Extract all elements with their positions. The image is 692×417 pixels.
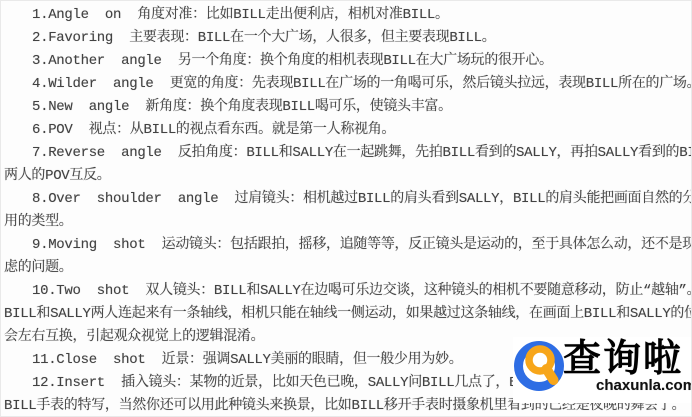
text-line: 6.POV 视点：从BILL的视点看东西。就是第一人称视角。 (4, 119, 690, 142)
notes-document: 1.Angle on 角度对准：比如BILL走出便利店，相机对准BILL。2.F… (0, 0, 692, 417)
text-line: 1.Angle on 角度对准：比如BILL走出便利店，相机对准BILL。 (4, 4, 690, 27)
text-line: 5.New angle 新角度：换个角度表现BILL喝可乐，使镜头丰富。 (4, 96, 690, 119)
text-line: 2.Favoring 主要表现：BILL在一个大广场，人很多，但主要表现BILL… (4, 27, 690, 50)
chaxunla-watermark: 查询啦 chaxunla.com (513, 337, 692, 403)
text-line: 8.Over shoulder angle 过肩镜头：相机越过BILL的肩头看到… (4, 188, 690, 211)
brand-domain: chaxunla.com (563, 378, 692, 394)
text-line: BILL和SALLY两人连起来有一条轴线，相机只能在轴线一侧运动，如果越过这条轴… (4, 303, 690, 326)
magnifier-logo-icon (513, 339, 565, 391)
text-line: 4.Wilder angle 更宽的角度：先表现BILL在广场的一角喝可乐，然后… (4, 73, 690, 96)
text-line: 10.Two shot 双人镜头：BILL和SALLY在边喝可乐边交谈，这种镜头… (4, 280, 690, 303)
text-line: 两人的POV互反。 (4, 165, 690, 188)
watermark-text: 查询啦 chaxunla.com (563, 337, 692, 394)
text-line: 虑的问题。 (4, 257, 690, 280)
text-line: 3.Another angle 另一个角度：换个角度的相机表现BILL在大广场玩… (4, 50, 690, 73)
brand-name: 查询啦 (563, 337, 692, 381)
text-line: 9.Moving shot 运动镜头：包括跟拍，摇移，追随等等，反正镜头是运动的… (4, 234, 690, 257)
text-line: 用的类型。 (4, 211, 690, 234)
text-line: 7.Reverse angle 反拍角度：BILL和SALLY在一起跳舞，先拍B… (4, 142, 690, 165)
